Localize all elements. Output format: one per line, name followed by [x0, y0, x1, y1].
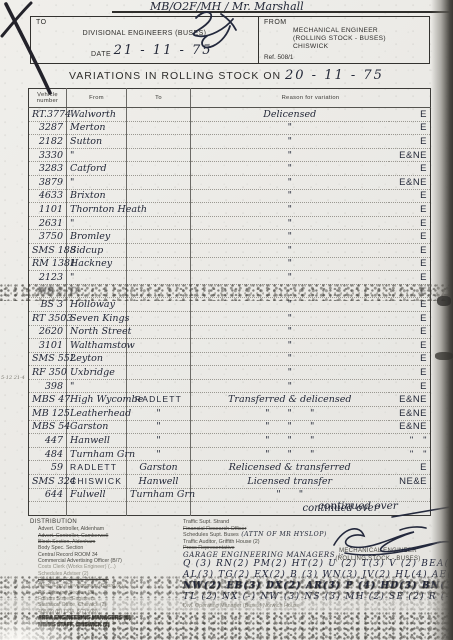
vehicle-cell: 398: [29, 379, 67, 393]
code-cell: E: [389, 135, 431, 149]
table-row: 4633Brixton"E: [29, 189, 431, 203]
to-cell: RADLETT: [127, 393, 191, 407]
table-row: MBS 47High WycombeRADLETTTransferred & d…: [29, 393, 431, 407]
from-cell: CHISWICK: [67, 475, 127, 489]
col-header-to: To: [127, 89, 191, 108]
page-title: VARIATIONS IN ROLLING STOCK ON 20 - 11 -…: [0, 68, 453, 83]
to-cell: Turnham Grn: [127, 488, 191, 502]
table-row: SMS 324CHISWICKHanwellLicensed transferN…: [29, 475, 431, 489]
code-cell: E: [389, 257, 431, 271]
from-cell: [67, 502, 127, 516]
to-addressee: DIVISIONAL ENGINEERS (BUSES): [31, 30, 258, 37]
reason-cell: ": [191, 175, 389, 189]
from-cell: Hackney: [67, 257, 127, 271]
reason-cell: Licensed transfer: [191, 475, 389, 489]
vehicle-cell: 2631: [29, 216, 67, 230]
from-cell: Leatherhead: [67, 407, 127, 421]
vehicle-cell: SMS 188: [29, 243, 67, 257]
from-box: FROM MECHANICAL ENGINEER (ROLLING STOCK …: [259, 17, 429, 63]
reason-cell: ": [191, 298, 389, 312]
scan-corner-highlight: [0, 614, 80, 640]
reason-cell: ": [191, 379, 389, 393]
garage-codes-line: AL(3) TG(2) EX(2) B (3) WN(3) JV(2) HL(4…: [183, 570, 433, 581]
from-cell: Brixton: [67, 189, 127, 203]
reason-cell: ": [191, 121, 389, 135]
to-cell: [127, 230, 191, 244]
to-cell: Hanwell: [127, 475, 191, 489]
code-cell: E: [389, 271, 431, 285]
vehicle-cell: 3287: [29, 121, 67, 135]
handwritten-routing-annotation: MB/O2F/MH / Mr. Marshall: [150, 0, 304, 13]
to-cell: [127, 216, 191, 230]
to-label: TO: [36, 19, 47, 26]
distribution-left-list: Advert. Controller, AldenhamAdvert. Cont…: [30, 526, 180, 628]
code-cell: E&NE: [389, 407, 431, 421]
vehicle-cell: MB 125: [29, 407, 67, 421]
col-header-from: From: [67, 89, 127, 108]
table-row: RT.3774WalworthDelicensedE: [29, 108, 431, 122]
code-cell: " ": [389, 434, 431, 448]
table-row: 2631""E: [29, 216, 431, 230]
from-cell: RADLETT: [67, 461, 127, 475]
vehicle-cell: 3283: [29, 162, 67, 176]
title-date-handwritten: 20 - 11 - 75: [285, 68, 384, 83]
to-cell: [127, 108, 191, 122]
vehicle-cell: 447: [29, 434, 67, 448]
reason-cell: ": [191, 216, 389, 230]
vehicle-cell: MB 2: [29, 284, 67, 298]
from-cell: Holloway: [67, 298, 127, 312]
mech-engineer-line: (ROLLING STOCK - BUSES): [318, 556, 438, 564]
code-cell: E: [389, 162, 431, 176]
code-cell: E: [389, 325, 431, 339]
code-cell: E&NE: [389, 175, 431, 189]
to-cell: [127, 271, 191, 285]
margin-pencil-note: 5·12 21·4: [1, 376, 25, 382]
ref-number: Ref. 508/1: [264, 54, 294, 61]
to-cell: [127, 162, 191, 176]
vehicle-cell: RT.3774: [29, 108, 67, 122]
code-cell: E: [389, 203, 431, 217]
variations-table: Vehicle number From To Reason for variat…: [28, 88, 431, 516]
from-cell: North Street: [67, 325, 127, 339]
from-cell: ": [67, 271, 127, 285]
to-cell: [127, 325, 191, 339]
reason-cell: ": [191, 271, 389, 285]
to-cell: [127, 366, 191, 380]
reason-cell: ": [191, 230, 389, 244]
distribution-mid-list: Traffic Supt. StrandFinancial Research O…: [183, 519, 433, 609]
table-row: 3283Catford"E: [29, 162, 431, 176]
col-header-vehicle-number: Vehicle number: [29, 89, 67, 108]
table-row: SMS 188Sidcup"E: [29, 243, 431, 257]
vehicle-cell: 59: [29, 461, 67, 475]
from-cell: ": [67, 148, 127, 162]
table-row: 3101Walthamstow"E: [29, 339, 431, 353]
reason-cell: " " ": [191, 434, 389, 448]
code-cell: E: [389, 311, 431, 325]
from-cell: ": [67, 379, 127, 393]
table-row: MBS 54Garston"" " "E&NE: [29, 420, 431, 434]
from-cell: Sutton: [67, 135, 127, 149]
to-cell: ": [127, 407, 191, 421]
distribution-title: DISTRIBUTION: [30, 519, 180, 525]
from-cell: Garston: [67, 420, 127, 434]
from-line: MECHANICAL ENGINEER: [293, 27, 386, 35]
table-row: SMS 552Leyton"E: [29, 352, 431, 366]
from-cell: Thornton Heath: [67, 203, 127, 217]
vehicle-cell: MBS 47: [29, 393, 67, 407]
reason-cell: ": [191, 243, 389, 257]
vehicle-cell: 4633: [29, 189, 67, 203]
code-cell: E: [389, 298, 431, 312]
vehicle-cell: 2620: [29, 325, 67, 339]
date-line: DATE 21 - 11 - 75: [91, 45, 213, 60]
from-cell: Leyton: [67, 352, 127, 366]
to-cell: [127, 175, 191, 189]
from-address: MECHANICAL ENGINEER (ROLLING STOCK - BUS…: [293, 27, 386, 51]
code-cell: E: [389, 461, 431, 475]
reason-cell: " " ": [191, 447, 389, 461]
to-cell: [127, 352, 191, 366]
to-cell: [127, 243, 191, 257]
distribution-item: Traffic Supt. Strand: [183, 519, 433, 526]
garage-codes-line: TL (2) NX (-) NW (3) NS (3) MH (2) SE (2…: [183, 592, 433, 603]
reason-cell: ": [191, 162, 389, 176]
code-cell: NE&E: [389, 475, 431, 489]
code-cell: E: [389, 216, 431, 230]
to-cell: [127, 298, 191, 312]
code-cell: E: [389, 243, 431, 257]
vehicle-cell: 484: [29, 447, 67, 461]
to-cell: [127, 502, 191, 516]
table-row: 3287Merton"E: [29, 121, 431, 135]
handwritten-suffix: (ATTN OF MR HYSLOP): [239, 531, 327, 538]
vehicle-cell: 3330: [29, 148, 67, 162]
vehicle-cell: [29, 502, 67, 516]
code-cell: E: [389, 366, 431, 380]
from-cell: Fulwell: [67, 488, 127, 502]
mechanical-engineer-block: MECHANICAL ENGINEER (ROLLING STOCK - BUS…: [318, 548, 438, 563]
reason-cell: " " ": [191, 420, 389, 434]
table-row: 59RADLETTGarstonRelicensed & transferred…: [29, 461, 431, 475]
table-row: 3330""E&NE: [29, 148, 431, 162]
table-row: 398""E: [29, 379, 431, 393]
code-cell: E&NE: [389, 393, 431, 407]
from-cell: Walworth: [67, 108, 127, 122]
distribution-item: Divl. Operating Manager (Buses) Norwich …: [183, 603, 433, 610]
continued-over-note: continued over: [318, 500, 398, 512]
reason-cell: ": [191, 203, 389, 217]
from-cell: Turnham Grn: [67, 447, 127, 461]
to-cell: [127, 257, 191, 271]
table-row: 3879""E&NE: [29, 175, 431, 189]
garage-codes-line: NW(2) EB(3) DX(2) AR(3) P (4) HD(3) BN(3…: [183, 581, 433, 592]
title-printed: VARIATIONS IN ROLLING STOCK ON: [69, 70, 281, 82]
code-cell: E: [389, 352, 431, 366]
vehicle-cell: RM 1381: [29, 257, 67, 271]
table-row: 2620North Street"E: [29, 325, 431, 339]
reason-cell: ": [191, 366, 389, 380]
table-row: RF 350Uxbridge"E: [29, 366, 431, 380]
distribution-item: Schedules Supt. Buses (ATTN OF MR HYSLOP…: [183, 532, 433, 539]
from-cell: Catford: [67, 162, 127, 176]
vehicle-cell: 3750: [29, 230, 67, 244]
code-cell: " ": [389, 447, 431, 461]
vehicle-cell: 2123: [29, 271, 67, 285]
vehicle-cell: SMS 552: [29, 352, 67, 366]
reason-cell: [191, 284, 389, 298]
to-cell: [127, 148, 191, 162]
vehicle-cell: SMS 324: [29, 475, 67, 489]
reason-cell: ": [191, 339, 389, 353]
vehicle-cell: BS 3: [29, 298, 67, 312]
code-cell: E: [389, 379, 431, 393]
code-cell: E: [389, 230, 431, 244]
scan-edge-mark: [437, 296, 451, 306]
scanned-document-page: MB/O2F/MH / Mr. Marshall TO DIVISIONAL E…: [0, 0, 453, 640]
from-cell: High Wycombe: [67, 393, 127, 407]
to-cell: [127, 284, 191, 298]
table-row: 2182Sutton"E: [29, 135, 431, 149]
reason-cell: ": [191, 148, 389, 162]
date-label: DATE: [91, 51, 111, 58]
vehicle-cell: RF 350: [29, 366, 67, 380]
mech-engineer-line: MECHANICAL ENGINEER: [318, 548, 438, 556]
from-cell: D: [67, 284, 127, 298]
table-row: RM 1381Hackney"E: [29, 257, 431, 271]
table-row: MB 2DE: [29, 284, 431, 298]
code-cell: E: [389, 121, 431, 135]
reason-cell: " " ": [191, 407, 389, 421]
scan-edge-shadow: [431, 0, 453, 640]
reason-cell: ": [191, 189, 389, 203]
to-cell: [127, 189, 191, 203]
to-cell: [127, 121, 191, 135]
code-cell: E&NE: [389, 420, 431, 434]
from-cell: ": [67, 216, 127, 230]
scan-edge-mark: [435, 352, 453, 360]
from-cell: Bromley: [67, 230, 127, 244]
vehicle-cell: RT 3503: [29, 311, 67, 325]
from-cell: Hanwell: [67, 434, 127, 448]
reason-cell: ": [191, 311, 389, 325]
vehicle-cell: 1101: [29, 203, 67, 217]
from-line: (ROLLING STOCK - BUSES): [293, 35, 386, 43]
table-row: MB 125Leatherhead"" " "E&NE: [29, 407, 431, 421]
to-cell: [127, 339, 191, 353]
col-header-reason: Reason for variation: [191, 89, 431, 108]
distribution-item: Traffic Auditor, Griffith House (2): [183, 539, 433, 546]
table-row: RT 3503Seven Kings"E: [29, 311, 431, 325]
vehicle-cell: MBS 54: [29, 420, 67, 434]
vehicle-cell: 644: [29, 488, 67, 502]
reason-cell: Relicensed & transferred: [191, 461, 389, 475]
code-cell: E: [389, 108, 431, 122]
to-cell: [127, 379, 191, 393]
reason-cell: Delicensed: [191, 108, 389, 122]
code-cell: E: [389, 339, 431, 353]
to-box: TO DIVISIONAL ENGINEERS (BUSES) DATE 21 …: [31, 17, 259, 63]
from-cell: Seven Kings: [67, 311, 127, 325]
code-cell: E&NE: [389, 148, 431, 162]
to-cell: ": [127, 420, 191, 434]
reason-cell: ": [191, 352, 389, 366]
from-label: FROM: [264, 19, 287, 26]
vehicle-cell: 3879: [29, 175, 67, 189]
to-cell: Garston: [127, 461, 191, 475]
to-cell: ": [127, 447, 191, 461]
from-cell: ": [67, 175, 127, 189]
reason-cell: ": [191, 257, 389, 271]
table-row: 2123""E: [29, 271, 431, 285]
vehicle-cell: 3101: [29, 339, 67, 353]
from-cell: Sidcup: [67, 243, 127, 257]
from-line: CHISWICK: [293, 43, 386, 51]
code-cell: E: [389, 284, 431, 298]
table-row: 447Hanwell"" " "" ": [29, 434, 431, 448]
to-cell: ": [127, 434, 191, 448]
reason-cell: ": [191, 325, 389, 339]
table-row: 3750Bromley"E: [29, 230, 431, 244]
code-cell: E: [389, 189, 431, 203]
table-header-row: Vehicle number From To Reason for variat…: [29, 89, 431, 108]
to-cell: [127, 135, 191, 149]
from-cell: Walthamstow: [67, 339, 127, 353]
reason-cell: Transferred & delicensed: [191, 393, 389, 407]
table-row: 1101Thornton Heath"E: [29, 203, 431, 217]
from-cell: Uxbridge: [67, 366, 127, 380]
from-cell: Merton: [67, 121, 127, 135]
table-row: 484Turnham Grn"" " "" ": [29, 447, 431, 461]
reason-cell: ": [191, 135, 389, 149]
table-row: BS 3Holloway"E: [29, 298, 431, 312]
to-cell: [127, 311, 191, 325]
memo-header-box: TO DIVISIONAL ENGINEERS (BUSES) DATE 21 …: [30, 16, 430, 64]
distribution-section: DISTRIBUTION Advert. Controller, Aldenha…: [30, 519, 180, 628]
vehicle-cell: 2182: [29, 135, 67, 149]
date-value-handwritten: 21 - 11 - 75: [114, 43, 213, 58]
